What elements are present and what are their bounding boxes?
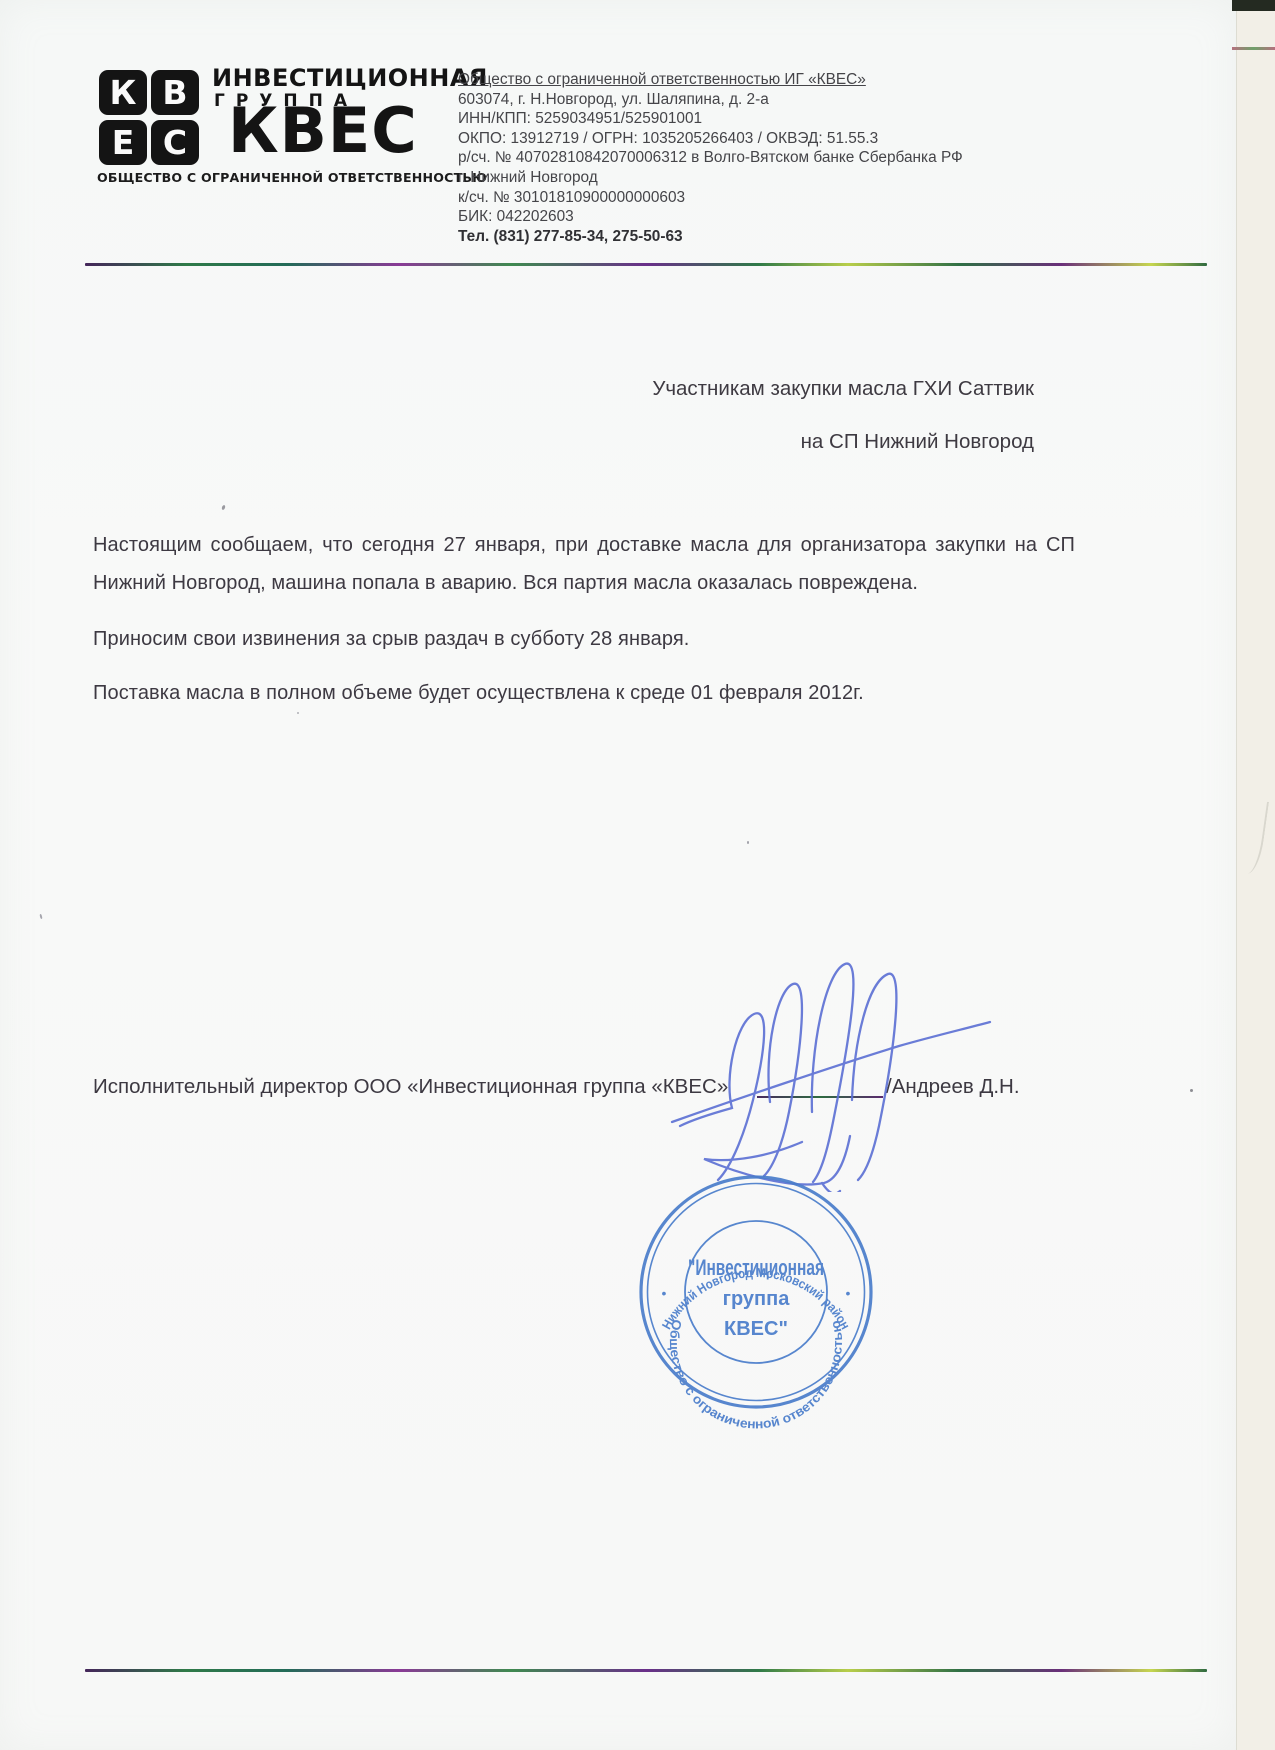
logo-subtitle-llc: ОБЩЕСТВО С ОГРАНИЧЕННОЙ ОТВЕТСТВЕННОСТЬЮ	[97, 170, 407, 185]
logo-tile-k: К	[99, 70, 147, 115]
stamp-bullet-left: •	[662, 1285, 667, 1301]
company-details-block: Общество с ограниченной ответственностью…	[458, 70, 1058, 246]
logo-tile-e: Е	[99, 120, 147, 165]
company-phone: Тел. (831) 277-85-34, 275-50-63	[458, 227, 1058, 247]
logo-tile-s: С	[151, 120, 199, 165]
scan-speck	[1190, 1089, 1193, 1092]
footer-divider-line	[85, 1669, 1207, 1672]
scan-speck	[297, 712, 299, 714]
scan-speck	[39, 914, 42, 919]
company-logo: К В Е С	[99, 70, 199, 165]
body-text-line: Настоящим сообщаем, что сегодня 27 январ…	[93, 534, 1075, 557]
stamp-center-line-1: "Инвестиционная	[688, 1255, 824, 1280]
logo-text-investment: ИНВЕСТИЦИОННАЯ	[212, 64, 424, 92]
scan-corner-artifact	[1232, 0, 1275, 11]
scanned-letter-page: К В Е С ИНВЕСТИЦИОННАЯ ГРУППА КВЕС ОБЩЕС…	[0, 0, 1236, 1750]
company-bank-account: р/сч. № 40702810842070006312 в Волго-Вят…	[458, 148, 1058, 168]
company-okpo-ogrn-okved: ОКПО: 13912719 / ОГРН: 1035205266403 / О…	[458, 129, 1058, 149]
company-name: Общество с ограниченной ответственностью…	[458, 70, 1058, 90]
company-address: 603074, г. Н.Новгород, ул. Шаляпина, д. …	[458, 90, 1058, 110]
stamp-bullet-right: •	[846, 1285, 851, 1301]
scan-edge-artifact-line	[1232, 47, 1275, 50]
body-text-line: Приносим свои извинения за срыв раздач в…	[93, 628, 1075, 651]
header-divider-line	[85, 263, 1207, 266]
company-inn-kpp: ИНН/КПП: 5259034951/525901001	[458, 109, 1058, 129]
signatory-title: Исполнительный директор ООО «Инвестицион…	[93, 1075, 728, 1099]
company-city: г. Нижний Новгород	[458, 168, 1058, 188]
scan-speck	[221, 505, 226, 511]
stamp-center-line-2: группа	[723, 1288, 791, 1310]
body-text-line: Нижний Новгород, машина попала в аварию.…	[93, 572, 1075, 595]
logo-brand-kves: КВЕС	[228, 100, 418, 162]
stamp-center-line-3: КВЕС"	[724, 1318, 788, 1340]
company-corr-account: к/сч. № 30101810900000000603	[458, 188, 1058, 208]
recipient-line-1: Участникам закупки масла ГХИ Саттвик	[652, 377, 1034, 401]
logo-tile-v: В	[151, 70, 199, 115]
body-text-line: Поставка масла в полном объеме будет осу…	[93, 682, 1075, 705]
company-bik: БИК: 042202603	[458, 207, 1058, 227]
scan-page-edge	[1236, 0, 1275, 1750]
scan-speck	[747, 841, 749, 844]
company-round-stamp: Общество с ограниченной ответственностью…	[606, 1142, 906, 1442]
recipient-line-2: на СП Нижний Новгород	[801, 430, 1034, 454]
